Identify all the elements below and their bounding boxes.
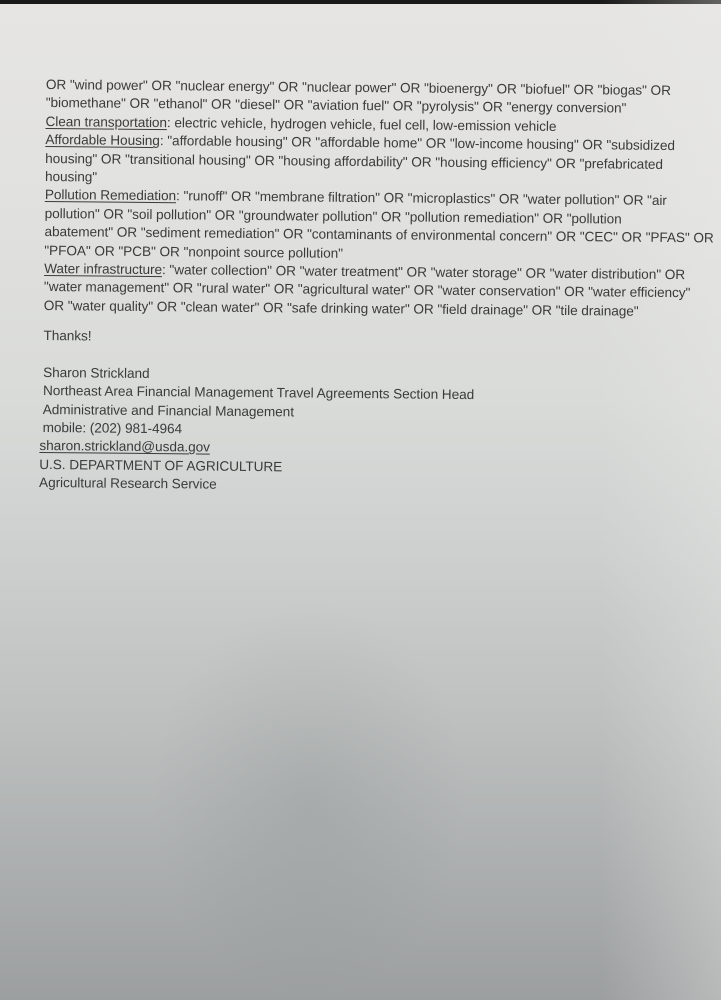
signature-block: Sharon Strickland Northeast Area Financi… <box>42 364 715 499</box>
text-line: : "runoff" OR "membrane filtration" OR "… <box>176 189 667 209</box>
section-water-infrastructure: Water infrastructure: "water collection"… <box>44 260 716 322</box>
keyword-continuation: OR "wind power" OR "nuclear energy" OR "… <box>46 76 718 119</box>
text-line: : "water collection" OR "water treatment… <box>162 262 685 282</box>
section-heading: Affordable Housing <box>45 132 160 148</box>
section-heading: Pollution Remediation <box>45 187 176 203</box>
paper-shadow <box>150 600 470 1000</box>
section-heading: Clean transportation <box>45 114 167 130</box>
section-affordable-housing: Affordable Housing: "affordable housing"… <box>45 131 717 193</box>
printed-page: OR "wind power" OR "nuclear energy" OR "… <box>42 76 718 499</box>
text-line: : "affordable housing" OR "affordable ho… <box>160 133 675 153</box>
text-line: : electric vehicle, hydrogen vehicle, fu… <box>167 115 557 134</box>
section-pollution-remediation: Pollution Remediation: "runoff" OR "memb… <box>44 186 717 266</box>
section-heading: Water infrastructure <box>44 261 162 277</box>
signer-email-link[interactable]: sharon.strickland@usda.gov <box>39 438 210 455</box>
photo-top-edge <box>0 0 721 4</box>
